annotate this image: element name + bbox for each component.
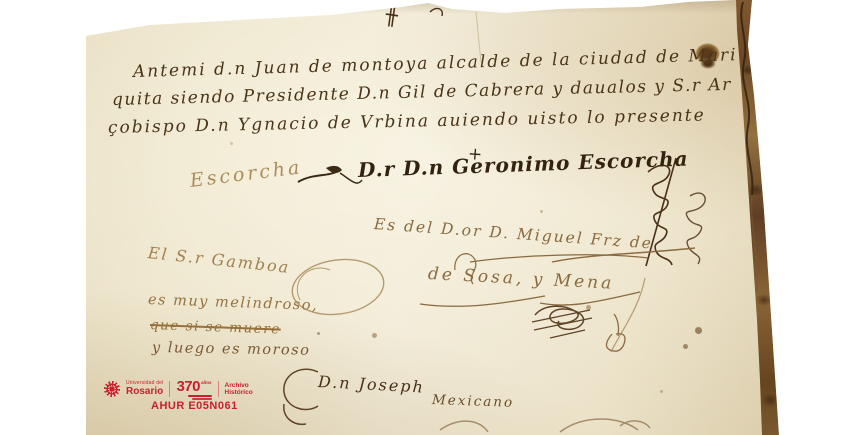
logo-divider-2 [218,381,219,397]
reference-code: AHUR E05N061 [151,400,238,412]
signature-line: de Sosa, y Mena [427,264,614,294]
archive-name-bottom: Histórico [225,389,253,396]
joseph-curl [284,369,318,424]
marginal-note-line-1: El S.r Gamboa [147,243,291,277]
folio-mark-curl [430,9,442,16]
ownership-line: Es del D.or D. Miguel Frz de [373,215,653,252]
anniversary-number: 370 [176,379,200,394]
title-lead-stroke [298,171,338,182]
oval-flourish-curl [297,268,330,300]
university-name-bottom: Rosario [126,387,163,397]
logo-divider-1 [169,381,170,397]
university-wordmark: Universidad del Rosario [126,381,163,397]
paper-speckles [317,332,320,335]
marginal-note-line-3-struck: que si se muere [150,317,281,338]
faded-name-note: Escorcha [189,156,304,192]
manuscript-line-2: quita siendo Presidente D.n Gil de Cabre… [112,75,732,110]
title-lead-blob [326,166,342,173]
anniversary-mark: 370 años [176,379,211,400]
signature-underline [420,292,640,306]
bottom-left-name: D.n Joseph [318,372,426,397]
rosario-crest-icon [104,381,120,397]
anniversary-row: 370 años [176,379,211,394]
folio-mark: ╫ [384,2,399,27]
scribble-strikes [532,310,592,338]
archive-photo: ╫ Antemi d.n Juan de montoya alcalde de … [0,0,857,435]
anniversary-unit: años [201,381,212,386]
anniversary-subtext-bar-1 [188,395,212,397]
title-line: D.r D.n Geronimo Escorcha [358,146,689,182]
manuscript-page: ╫ Antemi d.n Juan de montoya alcalde de … [0,0,857,435]
bottom-right-name: Mexicano [432,392,515,411]
manuscript-line-3: çobispo D.n Ygnacio de Vrbina auiendo ui… [108,105,706,138]
hook-mark [606,314,625,351]
archive-wordmark: Archivo Histórico [225,382,253,397]
long-curve-mark [611,278,645,352]
bottom-partial-strokes [440,419,650,432]
archive-name-top: Archivo [225,382,253,389]
crossed-scribble [535,306,584,329]
signature-overline [470,255,648,262]
marginal-note-line-2: es muy melindroso, [148,292,319,314]
marginal-note-line-4: y luego es moroso [152,340,311,359]
archive-watermark: Universidad del Rosario 370 años Archivo… [104,378,253,400]
rubric-loops-2 [686,193,705,264]
